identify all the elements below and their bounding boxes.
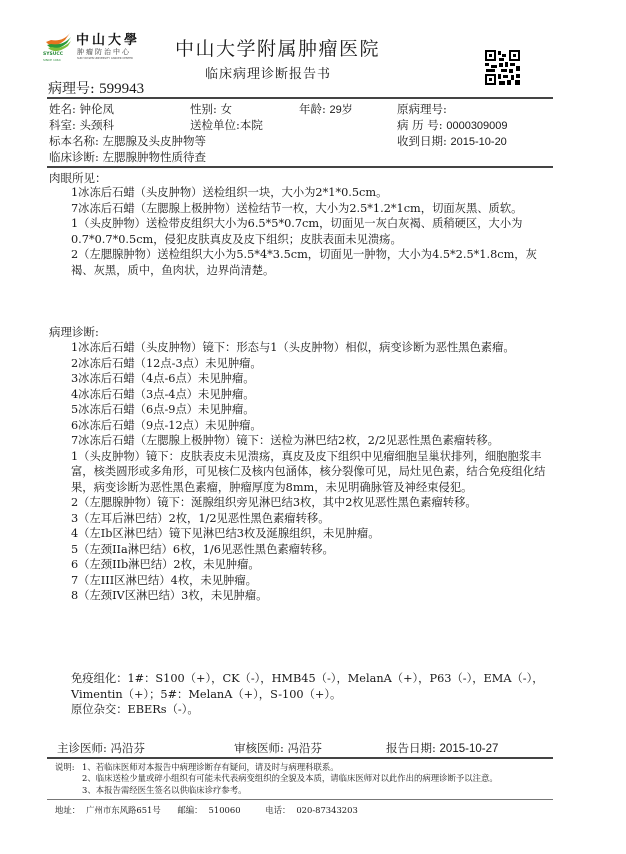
patient-name-label: 姓名: — [49, 102, 76, 116]
patient-sex-label: 性别: — [190, 102, 217, 116]
diagnosis-line: 5（左颈IIa淋巴结）6枚，1/6见恶性黑色素瘤转移。 — [71, 542, 551, 558]
medical-record-number-label: 病 历 号: — [397, 118, 443, 132]
note-item: 2、临床送检少量或碎小组织有可能未代表病变组织的全貌及本质，请临床医师对以此作出… — [82, 773, 498, 784]
original-pathology-number-label: 原病理号: — [397, 102, 447, 116]
diagnosis-line: 2（左腮腺肿物）镜下：涎腺组织旁见淋巴结3枚，其中2枚见恶性黑色素瘤转移。 — [71, 495, 551, 511]
diagnosis-line: 7（左III区淋巴结）4枚，未见肿瘤。 — [71, 573, 551, 589]
clinical-diagnosis: 临床诊断: 左腮腺肿物性质待查 — [49, 149, 206, 165]
logo-mark-text: SYSUCC — [43, 52, 63, 57]
phone-label: 电话： — [265, 805, 290, 815]
diagnosis-line: 6（左颈IIb淋巴结）2枚，未见肿瘤。 — [71, 557, 551, 573]
ihc-text: 免疫组化：1#：S100（+），CK（-），HMB45（-），MelanA（+）… — [71, 671, 551, 702]
attending-physician: 主诊医师: 冯沿芬 — [57, 740, 145, 756]
address-label: 地址： — [55, 805, 80, 815]
submitting-unit: 送检单位:本院 — [190, 117, 263, 133]
diagnosis-line: 8（左颈IV区淋巴结）3枚，未见肿瘤。 — [71, 588, 551, 604]
clinical-diagnosis-label: 临床诊断: — [49, 150, 99, 164]
report-date: 报告日期: 2015-10-27 — [386, 740, 498, 756]
diagnosis-line: 3（左耳后淋巴结）2枚，1/2见恶性黑色素瘤转移。 — [71, 511, 551, 527]
diagnosis-line: 7冰冻后石蜡（左腮腺上极肿物）镜下：送检为淋巴结2枚，2/2见恶性黑色素瘤转移。 — [71, 433, 551, 449]
pathology-number-label: 病理号: — [48, 81, 95, 97]
hospital-name: 中山大学附属肿瘤医院 — [175, 34, 380, 61]
gross-line: 7冰冻后石蜡（左腮腺上极肿物）送检结节一枚，大小为2.5*1.2*1cm，切面灰… — [71, 201, 551, 217]
diagnosis-line: 5冰冻后石蜡（6点-9点）未见肿瘤。 — [71, 402, 551, 418]
submitting-unit-label: 送检单位: — [190, 118, 240, 132]
department: 科室: 头颈科 — [49, 117, 114, 133]
attending-physician-label: 主诊医师: — [57, 741, 107, 755]
qr-code-icon — [484, 49, 521, 86]
report-title: 临床病理诊断报告书 — [205, 63, 331, 82]
reviewing-physician-value: 冯沿芬 — [288, 741, 323, 755]
info-divider — [47, 166, 553, 168]
clinical-diagnosis-value: 左腮腺肿物性质待查 — [103, 150, 207, 164]
specimen-name-label: 标本名称: — [49, 134, 99, 148]
logo-since-text: SINCE 1964 — [43, 58, 61, 62]
immunohistochemistry: 免疫组化：1#：S100（+），CK（-），HMB45（-），MelanA（+）… — [71, 671, 551, 718]
received-date: 收到日期: 2015-10-20 — [397, 133, 507, 149]
gross-line: 2（左腮腺肿物）送检组织大小为5.5*4*3.5cm，切面见一肿物，大小为4.5… — [71, 247, 551, 278]
patient-name-value: 钟伦凤 — [80, 102, 115, 116]
submitting-unit-value: 本院 — [240, 118, 263, 132]
report-date-label: 报告日期: — [386, 741, 436, 755]
diagnosis-line: 4冰冻后石蜡（3点-4点）未见肿瘤。 — [71, 387, 551, 403]
note-item: 3、本报告需经医生签名以供临床诊疗参考。 — [82, 785, 246, 796]
logo-english-name: SUN YAT-SEN UNIVERSITY CANCER CENTER — [77, 57, 133, 60]
medical-record-number-value: 0000309009 — [446, 120, 507, 132]
received-date-label: 收到日期: — [397, 134, 447, 148]
zip-label: 邮编： — [177, 805, 202, 815]
signature-divider — [47, 757, 553, 759]
gross-findings-label: 肉眼所见： — [49, 170, 107, 186]
note-item: 1、若临床医师对本报告中病理诊断存有疑问，请及时与病理科联系。 — [82, 762, 339, 773]
pathology-diagnosis: 1冰冻后石蜡（头皮肿物）镜下：形态与1（头皮肿物）相似，病变诊断为恶性黑色素瘤。… — [71, 340, 551, 604]
pathology-number-value: 599943 — [99, 81, 144, 97]
gross-findings: 1冰冻后石蜡（头皮肿物）送检组织一块，大小为2*1*0.5cm。 7冰冻后石蜡（… — [71, 185, 551, 278]
gross-line: 1（头皮肿物）送检带皮组织大小为6.5*5*0.7cm，切面见一灰白灰褐、质稍硬… — [71, 216, 551, 247]
ish-text: 原位杂交：EBERs（-）。 — [71, 702, 551, 718]
original-pathology-number: 原病理号: — [397, 101, 447, 117]
patient-name: 姓名: 钟伦凤 — [49, 101, 114, 117]
medical-record-number: 病 历 号: 0000309009 — [397, 117, 508, 133]
logo-center-name: 肿瘤防治中心 — [77, 47, 131, 57]
diagnosis-line: 4（左Ib区淋巴结）镜下见淋巴结3枚及涎腺组织，未见肿瘤。 — [71, 526, 551, 542]
reviewing-physician-label: 审核医师: — [234, 741, 284, 755]
footer-contact: 地址：广州市东风路651号 邮编：510060 电话：020-87343203 — [55, 804, 364, 816]
department-label: 科室: — [49, 118, 76, 132]
received-date-value: 2015-10-20 — [451, 136, 507, 148]
diagnosis-line: 1（头皮肿物）镜下：皮肤表皮未见溃疡，真皮及皮下组织中见瘤细胞呈巢状排列，细胞胞… — [71, 449, 551, 496]
hospital-logo: SYSUCC SINCE 1964 中山大學 肿瘤防治中心 SUN YAT-SE… — [43, 28, 148, 64]
diagnosis-line: 1冰冻后石蜡（头皮肿物）镜下：形态与1（头皮肿物）相似，病变诊断为恶性黑色素瘤。 — [71, 340, 551, 356]
patient-age-value: 29岁 — [330, 104, 353, 116]
report-date-value: 2015-10-27 — [440, 743, 499, 755]
attending-physician-value: 冯沿芬 — [111, 741, 146, 755]
diagnosis-line: 2冰冻后石蜡（12点-3点）未见肿瘤。 — [71, 356, 551, 372]
pathology-number: 病理号: 599943 — [48, 78, 144, 98]
address-value: 广州市东风路651号 — [86, 805, 161, 815]
reviewing-physician: 审核医师: 冯沿芬 — [234, 740, 322, 756]
diagnosis-line: 3冰冻后石蜡（4点-6点）未见肿瘤。 — [71, 371, 551, 387]
specimen-name: 标本名称: 左腮腺及头皮肿物等 — [49, 133, 206, 149]
header-divider — [47, 97, 553, 99]
specimen-name-value: 左腮腺及头皮肿物等 — [103, 134, 207, 148]
department-value: 头颈科 — [80, 118, 115, 132]
gross-line: 1冰冻后石蜡（头皮肿物）送检组织一块，大小为2*1*0.5cm。 — [71, 185, 551, 201]
patient-age-label: 年龄: — [299, 102, 326, 116]
notes-label: 说明: — [55, 762, 82, 773]
pathology-diagnosis-label: 病理诊断: — [49, 324, 99, 340]
report-notes: 说明:1、若临床医师对本报告中病理诊断存有疑问，请及时与病理科联系。 2、临床送… — [55, 762, 498, 796]
zip-value: 510060 — [209, 805, 241, 815]
notes-divider — [47, 799, 553, 800]
phone-value: 020-87343203 — [296, 805, 357, 815]
patient-sex: 性别: 女 — [190, 101, 232, 117]
patient-age: 年龄: 29岁 — [299, 101, 353, 117]
patient-sex-value: 女 — [221, 102, 233, 116]
diagnosis-line: 6冰冻后石蜡（9点-12点）未见肿瘤。 — [71, 418, 551, 434]
logo-university-name: 中山大學 — [76, 29, 140, 48]
